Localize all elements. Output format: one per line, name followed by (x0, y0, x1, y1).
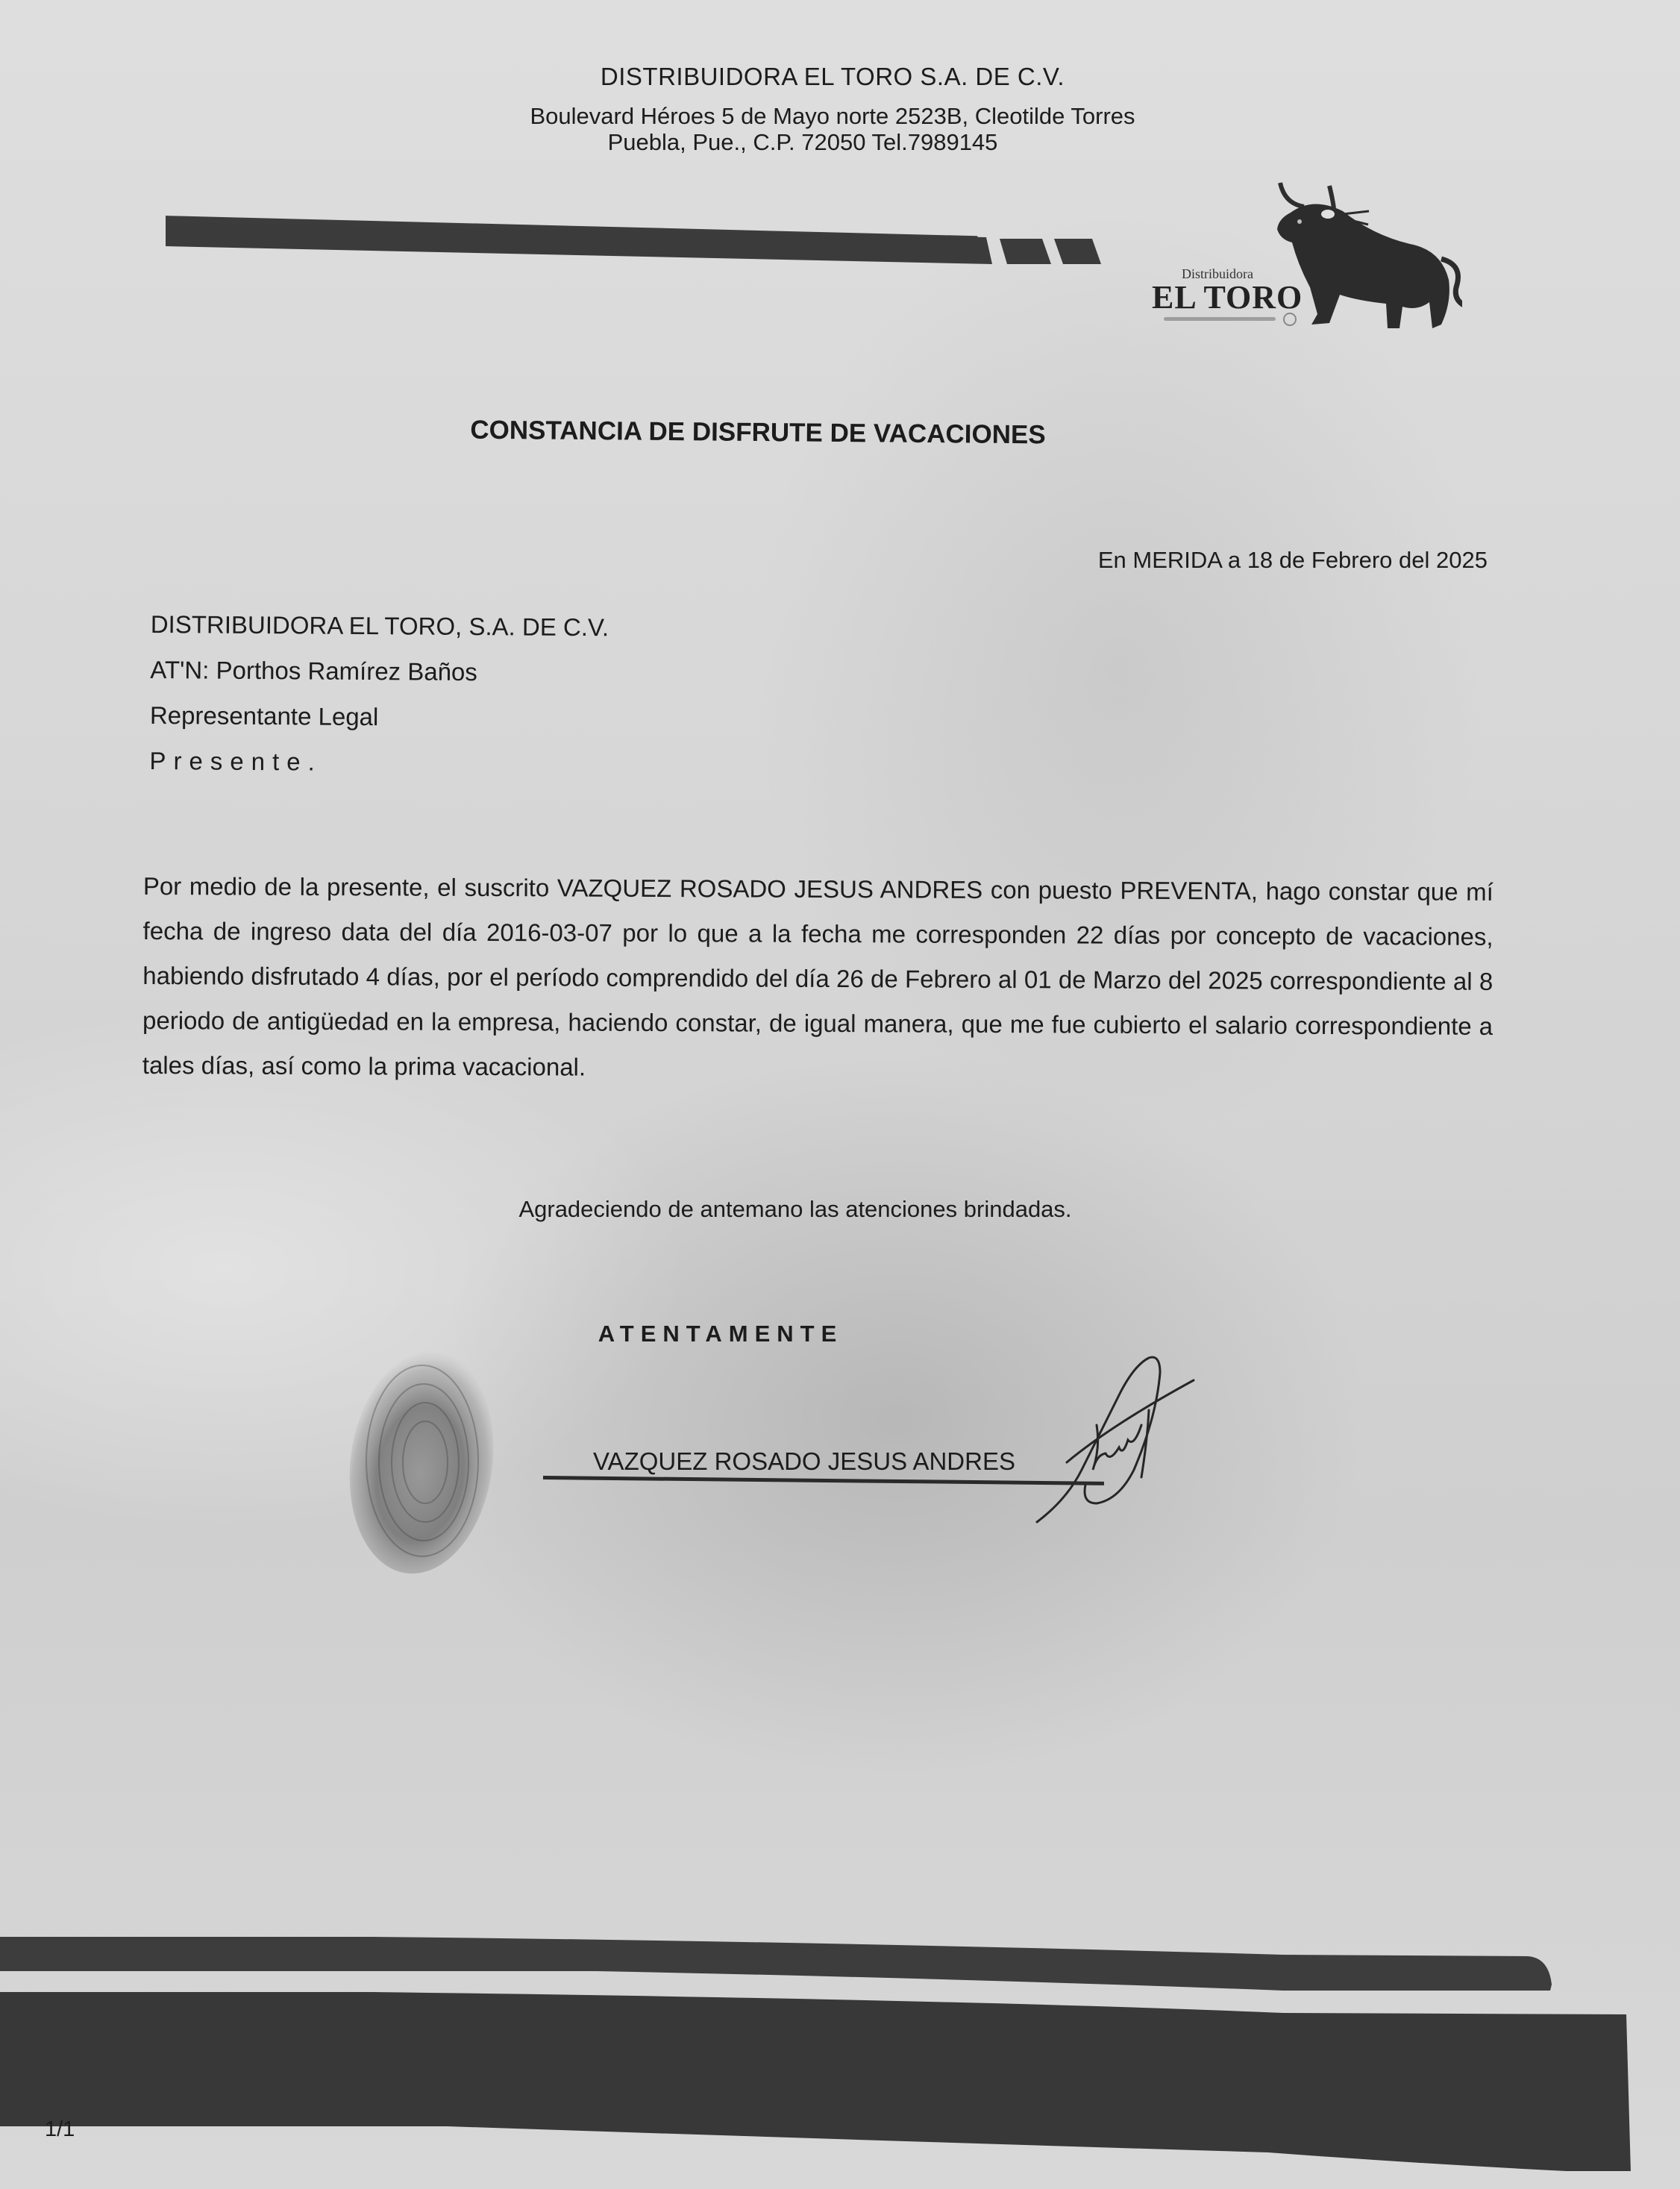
addressee-greeting: Presente. (149, 738, 608, 786)
closing-salutation: ATENTAMENTE (0, 1321, 1561, 1347)
page-number: 1/1 (45, 2117, 75, 2142)
address-line-1: Boulevard Héroes 5 de Mayo norte 2523B, … (0, 103, 1673, 129)
address-line-2: Puebla, Pue., C.P. 72050 Tel.7989145 (0, 129, 1643, 155)
company-logo: Distribuidora EL TORO (1141, 175, 1455, 336)
place-date: En MERIDA a 18 de Febrero del 2025 (1098, 547, 1488, 574)
registered-mark-icon (1283, 313, 1297, 326)
letterhead-address: Boulevard Héroes 5 de Mayo norte 2523B, … (0, 103, 1680, 155)
header-bar-segments (166, 215, 1135, 267)
handwritten-signature (1022, 1343, 1216, 1537)
fingerprint-mark (328, 1335, 522, 1582)
signer-name: VAZQUEZ ROSADO JESUS ANDRES (593, 1447, 1015, 1476)
body-paragraph: Por medio de la presente, el suscrito VA… (142, 864, 1493, 1094)
letterhead-company: DISTRIBUIDORA EL TORO S.A. DE C.V. (0, 63, 1673, 91)
closing-thanks: Agradeciendo de antemano las atenciones … (0, 1196, 1635, 1223)
document-title: CONSTANCIA DE DISFRUTE DE VACACIONES (0, 410, 1598, 455)
logo-tagline (1164, 317, 1276, 321)
addressee-block: DISTRIBUIDORA EL TORO, S.A. DE C.V. AT'N… (149, 601, 609, 786)
addressee-company: DISTRIBUIDORA EL TORO, S.A. DE C.V. (151, 601, 609, 650)
footer-decorative-bars (0, 1925, 1680, 2171)
addressee-role: Representante Legal (150, 692, 609, 741)
signature-line (543, 1476, 1104, 1485)
document-page: DISTRIBUIDORA EL TORO S.A. DE C.V. Boule… (0, 0, 1680, 2189)
addressee-attention: AT'N: Porthos Ramírez Baños (150, 647, 609, 695)
logo-brand-text: EL TORO (1152, 278, 1303, 316)
